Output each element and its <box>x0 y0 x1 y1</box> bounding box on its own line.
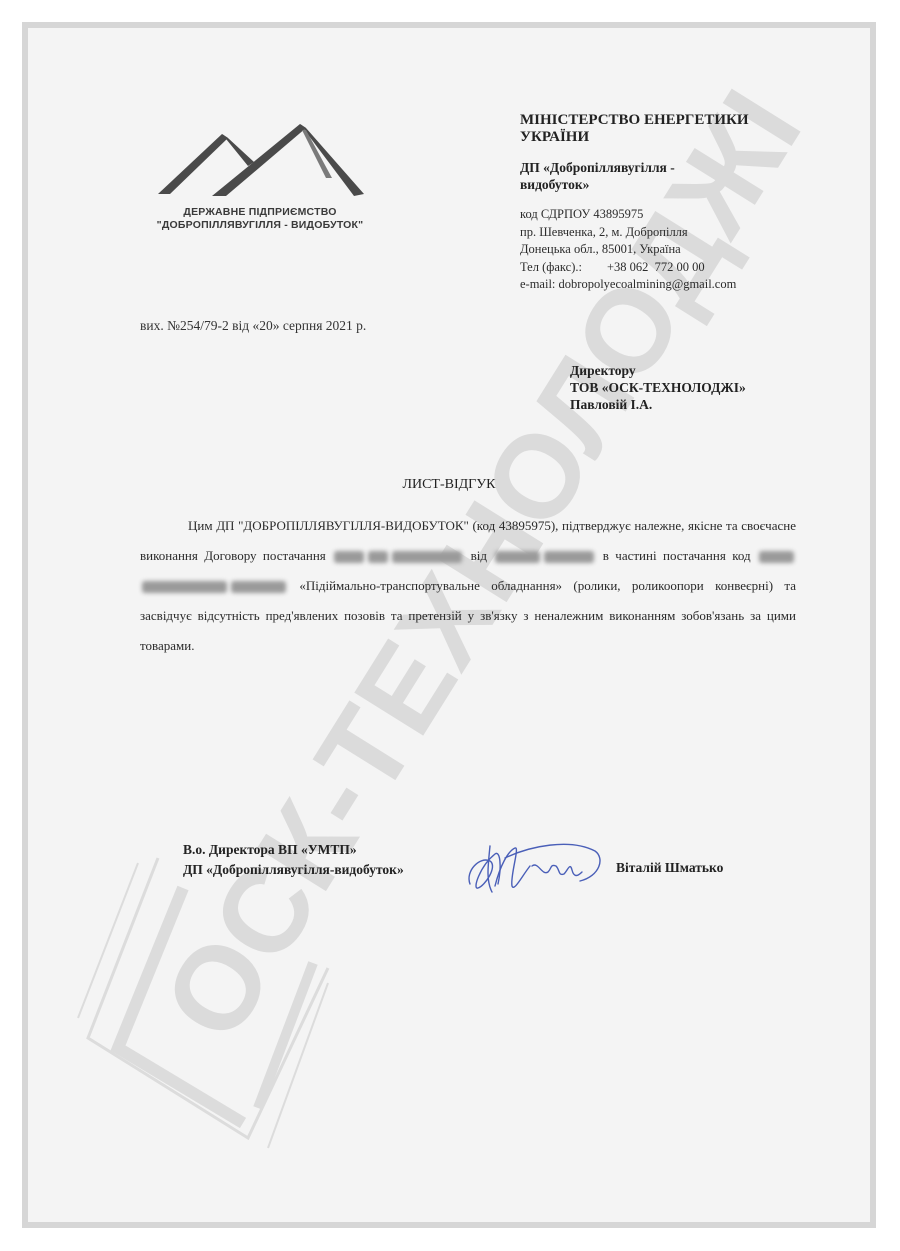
addressee-name: Павловій І.А. <box>570 396 746 413</box>
letter-body: Цим ДП "ДОБРОПІЛЛЯВУГІЛЛЯ-ВИДОБУТОК" (ко… <box>140 511 796 661</box>
email: e-mail: dobropolyecoalmining@gmail.com <box>520 276 736 294</box>
handwritten-signature-icon <box>460 836 610 896</box>
document-page: ОСК-ТЕХНОЛОДЖІ ДЕРЖАВНЕ ПІДПРИЄМСТВО "ДО… <box>28 28 870 1222</box>
body-text-part3: в частині постачання код <box>603 548 751 563</box>
logo-caption: ДЕРЖАВНЕ ПІДПРИЄМСТВО "ДОБРОПІЛЛЯВУГІЛЛЯ… <box>140 206 380 232</box>
ministry-line2: УКРАЇНИ <box>520 129 749 146</box>
enterprise-line2: видобуток» <box>520 176 675 193</box>
phone-fax: Тел (факс).: +38 062 772 00 00 <box>520 259 736 277</box>
enterprise-line1: ДП «Добропіллявугілля - <box>520 159 675 176</box>
redacted-code <box>231 581 286 593</box>
ministry-name: МІНІСТЕРСТВО ЕНЕРГЕТИКИ УКРАЇНИ <box>520 112 749 146</box>
enterprise-name: ДП «Добропіллявугілля - видобуток» <box>520 159 675 193</box>
redacted-date <box>495 551 540 563</box>
redacted-code <box>142 581 227 593</box>
redacted-code <box>759 551 794 563</box>
addressee-company: ТОВ «ОСК-ТЕХНОЛОДЖІ» <box>570 379 746 396</box>
addressee-position: Директору <box>570 362 746 379</box>
addressee-block: Директору ТОВ «ОСК-ТЕХНОЛОДЖІ» Павловій … <box>570 362 746 413</box>
signatory-title-line2: ДП «Добропіллявугілля-видобуток» <box>183 860 404 880</box>
address-region: Донецька обл., 85001, Україна <box>520 241 736 259</box>
address-street: пр. Шевченка, 2, м. Добропілля <box>520 224 736 242</box>
outgoing-reference: вих. №254/79-2 від «20» серпня 2021 р. <box>140 318 366 334</box>
redacted-contract-number <box>334 551 364 563</box>
document-title: ЛИСТ-ВІДГУК <box>28 477 870 493</box>
contact-details: код СДРПОУ 43895975 пр. Шевченка, 2, м. … <box>520 206 736 294</box>
signatory-title-line1: В.о. Директора ВП «УМТП» <box>183 840 404 860</box>
redacted-contract-number <box>368 551 388 563</box>
ministry-line1: МІНІСТЕРСТВО ЕНЕРГЕТИКИ <box>520 112 749 129</box>
redacted-date <box>544 551 594 563</box>
edrpou-code: код СДРПОУ 43895975 <box>520 206 736 224</box>
signatory-title: В.о. Директора ВП «УМТП» ДП «Добропілляв… <box>183 840 404 880</box>
signer-name: Віталій Шматько <box>616 860 723 876</box>
body-text-part2: від <box>471 548 487 563</box>
logo-caption-line2: "ДОБРОПІЛЛЯВУГІЛЛЯ - ВИДОБУТОК" <box>140 219 380 232</box>
redacted-contract-date <box>392 551 462 563</box>
logo-caption-line1: ДЕРЖАВНЕ ПІДПРИЄМСТВО <box>140 206 380 219</box>
